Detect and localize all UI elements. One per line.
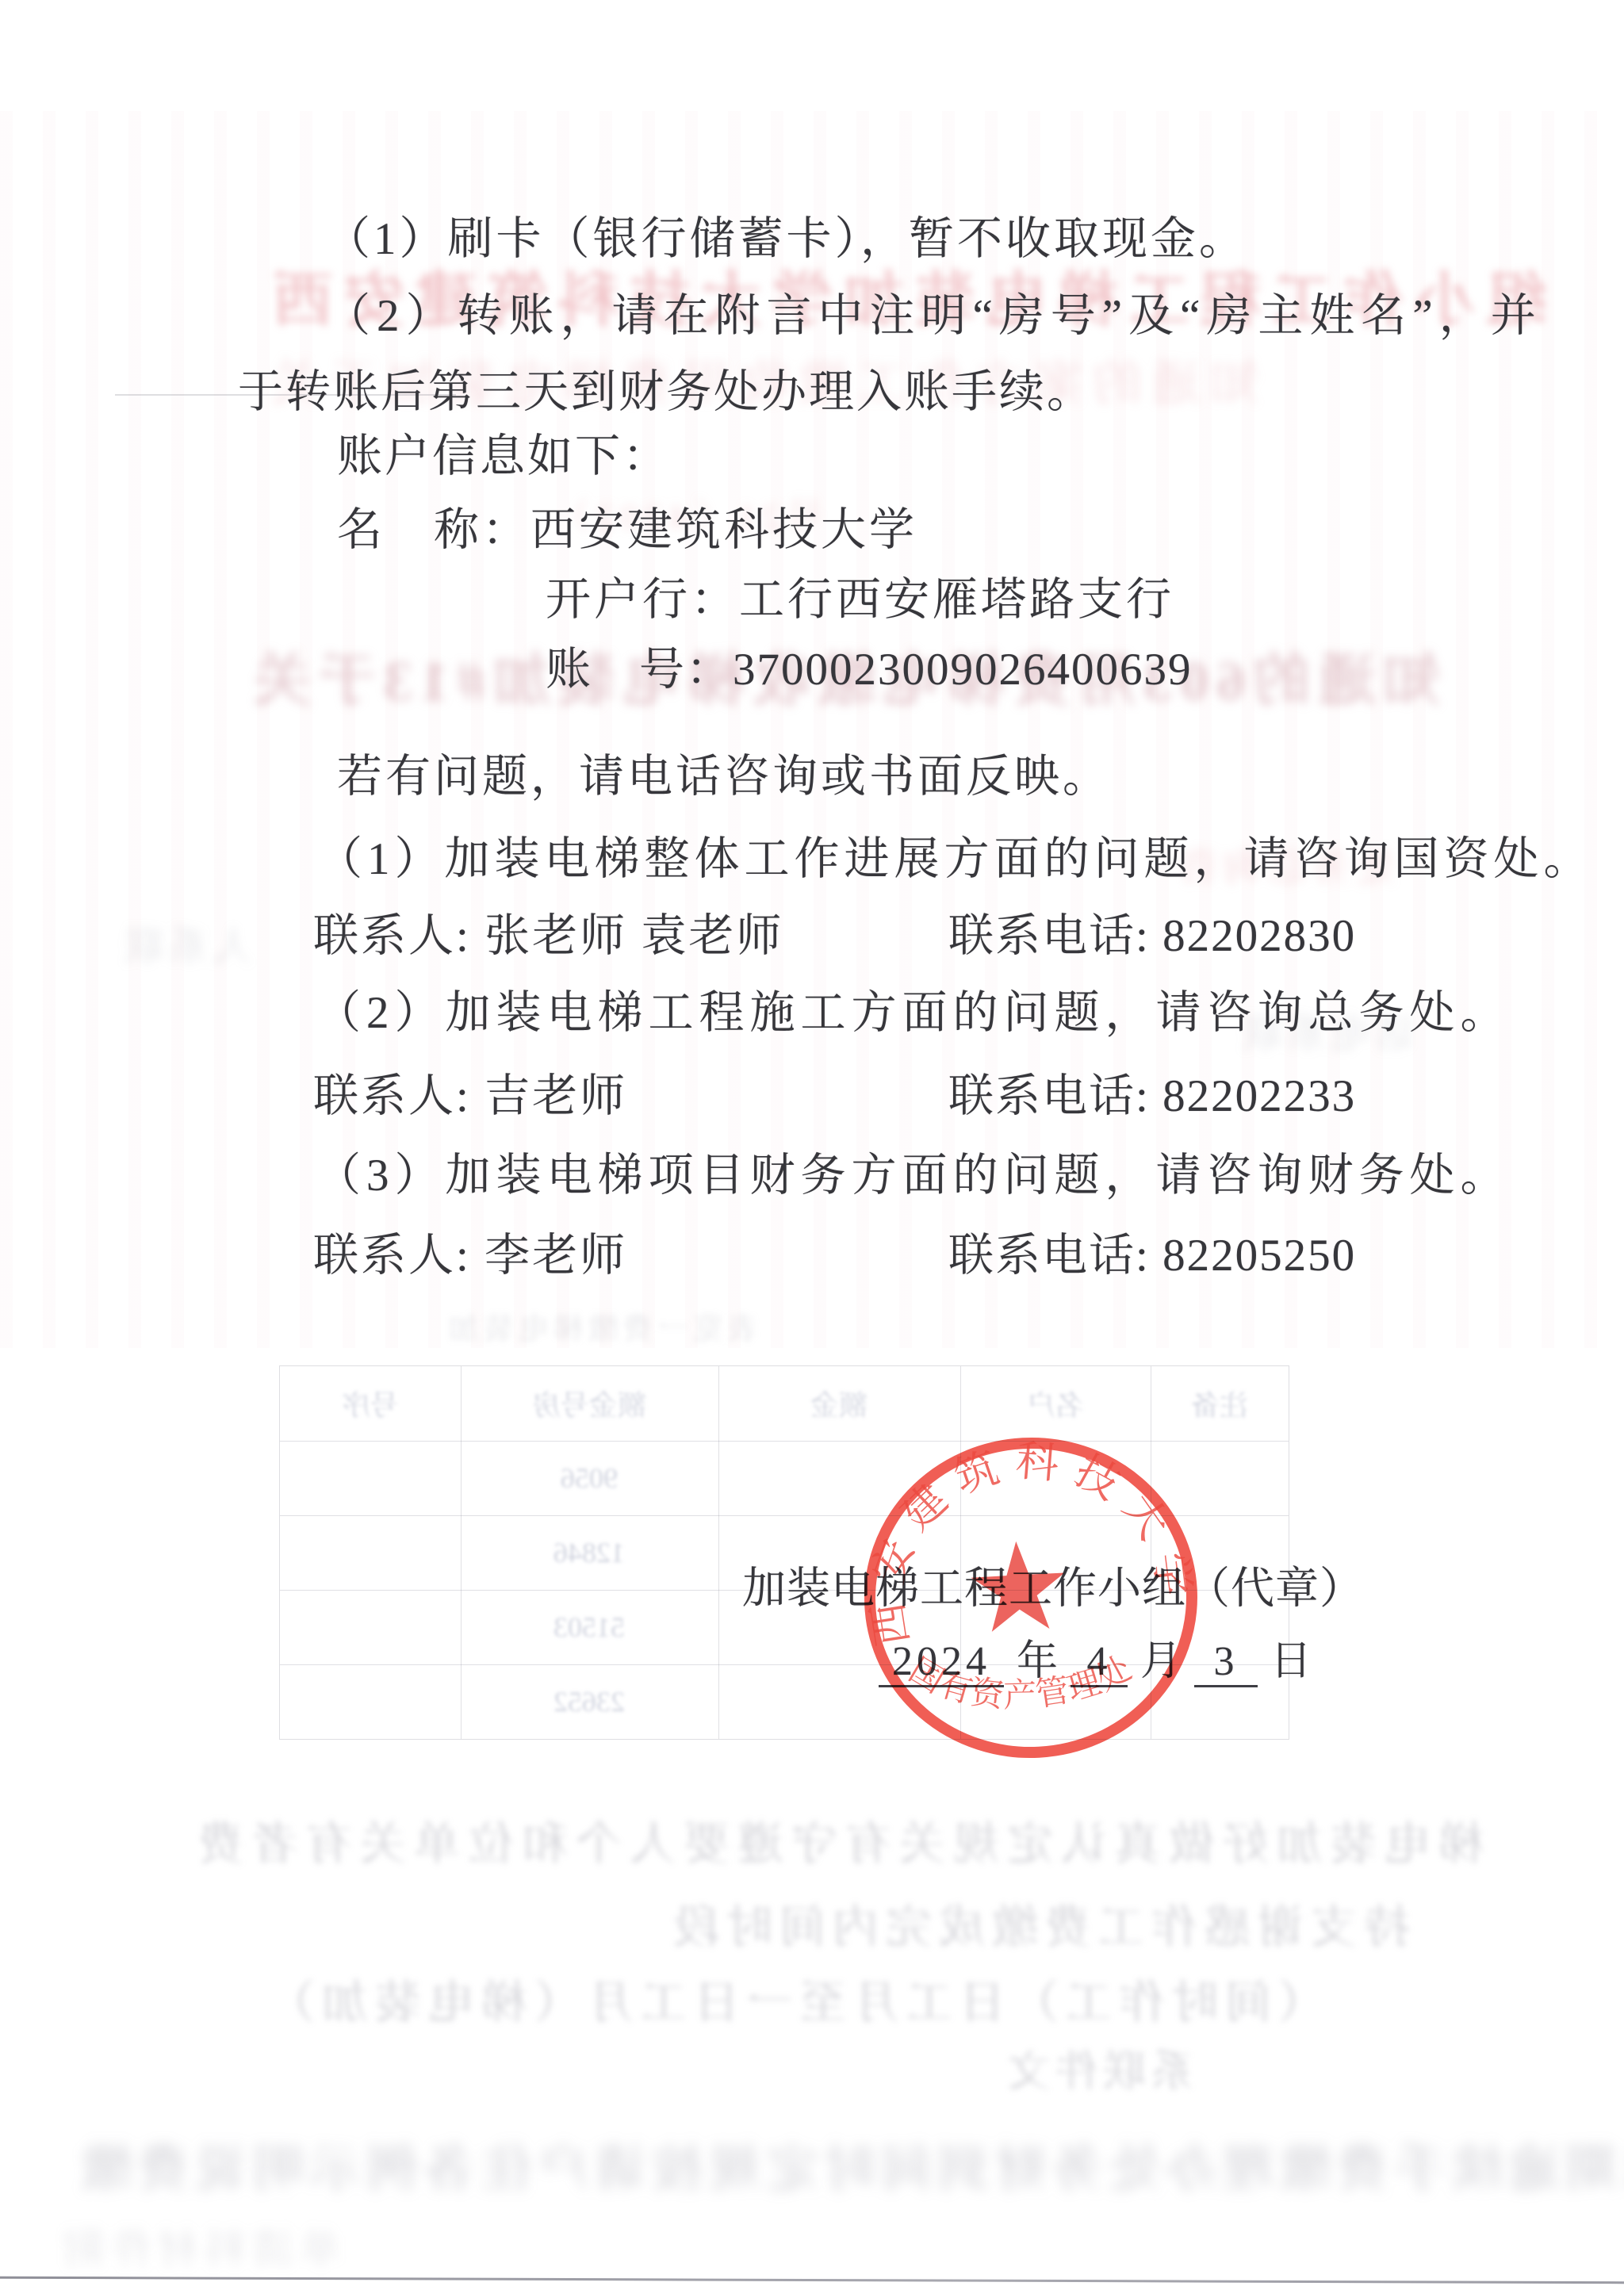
bleedthrough-bottom-line-4: 系联件文 <box>1003 2038 1193 2099</box>
bleed-table-cell: 23652 <box>553 1685 625 1718</box>
bleedthrough-bottom-line-1: 梯电装加好做真认定规关有守遵要人个和位单关有者费 <box>190 1806 1484 1873</box>
payment-method-2-line: （2）转账，请在附言中注明“房号”及“房主姓名”，并 <box>325 279 1542 344</box>
contact-phone-3: 联系电话: 82205250 <box>948 1219 1356 1284</box>
bleedthrough-bottom-line-2: 持支谢感作工费缴成完内间时段 <box>666 1890 1410 1956</box>
contact-person-1: 联系人: 张老师 袁老师 <box>313 899 783 964</box>
contact-person-2: 联系人: 吉老师 <box>313 1059 627 1124</box>
scan-bottom-edge <box>0 2277 1624 2284</box>
contact-phone-1: 联系电话: 82202830 <box>948 899 1356 964</box>
questions-intro-line: 若有问题，请电话咨询或书面反映。 <box>337 740 1111 805</box>
bleedthrough-fragment-left: 人系联 <box>119 915 252 972</box>
bleed-table-header: 名户 <box>1027 1384 1084 1424</box>
contact-person-3: 联系人: 李老师 <box>313 1219 627 1284</box>
bleedthrough-table-note: 表览一费缴梯电装加 <box>444 1304 758 1348</box>
date-day-label: 日 <box>1270 1627 1312 1687</box>
seal-star-icon <box>969 1539 1067 1633</box>
question-item-1-line: （1）加装电梯整体工作进展方面的问题，请咨询国资处。 <box>317 822 1594 887</box>
account-number-line: 账 号：3700023009026400639 <box>546 633 1193 698</box>
table-gridline-vertical <box>718 1366 719 1739</box>
bank-branch-line: 开户行：工行西安雁塔路支行 <box>546 563 1174 628</box>
question-item-3-line: （3）加装电梯项目财务方面的问题，请咨询财务处。 <box>316 1139 1511 1204</box>
question-item-2-line: （2）加装电梯工程施工方面的问题，请咨询总务处。 <box>316 976 1511 1041</box>
bleed-table-header: 额金号房 <box>532 1384 646 1424</box>
scanned-notice-page: 组小作工程工梯电装加学大技科筑建安西 知通的案方作工缴收用费梯电装加于关 号21… <box>0 0 1624 2290</box>
bleed-table-cell: 9056 <box>561 1461 618 1495</box>
bleed-table-header: 额金 <box>810 1384 868 1424</box>
svg-text:国有资产管理处: 国有资产管理处 <box>901 1641 1139 1721</box>
payment-method-2-continuation: 于转账后第三天到财务处办理入账手续。 <box>238 355 1094 420</box>
bleedthrough-bottom-line-3: （间时作工）日工月至一日工月（梯电装加） <box>262 1965 1324 2032</box>
contact-phone-2: 联系电话: 82202233 <box>948 1059 1356 1124</box>
table-gridline-vertical <box>461 1366 462 1739</box>
svg-text:西安建筑科技大学: 西安建筑科技大学 <box>854 1428 1201 1649</box>
seal-ring-text: 西安建筑科技大学 <box>854 1428 1201 1649</box>
bleedthrough-bottom-line-6: 单清料材件附 <box>56 2216 341 2276</box>
account-info-heading: 账户信息如下： <box>337 419 670 484</box>
bleedthrough-bottom-band: 弃放动自为视理办未期逾续手费缴理办处务财到间时定规按请户住各例示明说费缴 <box>75 2128 1624 2201</box>
account-name-line: 名 称：西安建筑科技大学 <box>337 493 917 558</box>
payment-method-1-line: （1）刷卡（银行储蓄卡），暂不收取现金。 <box>325 202 1247 267</box>
bleed-table-header: 注备 <box>1191 1384 1248 1424</box>
bleed-table-header: 号序 <box>342 1384 399 1424</box>
bleed-table-cell: 12846 <box>553 1536 625 1569</box>
official-red-seal: 西安建筑科技大学 国有资产管理处 <box>847 1426 1216 1770</box>
seal-bottom-text: 国有资产管理处 <box>901 1641 1139 1721</box>
bleed-table-cell: 51503 <box>553 1610 625 1644</box>
